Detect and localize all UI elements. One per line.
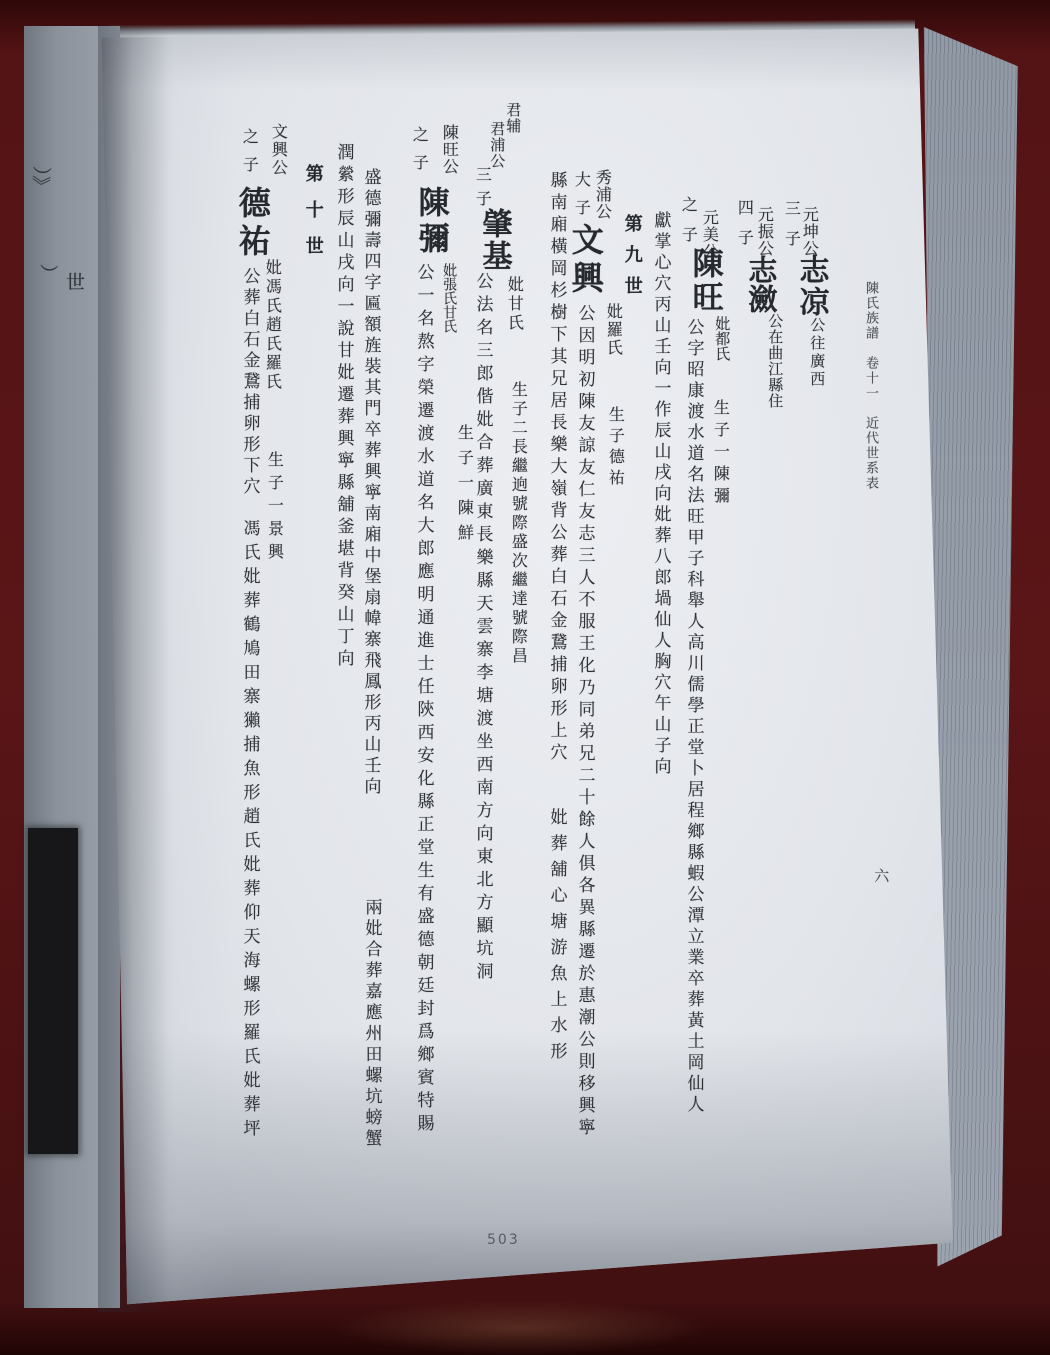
entry-deyou-wives: 妣馮氏趙氏羅氏 (263, 259, 281, 392)
folio-number: 六 (872, 868, 889, 883)
entry-wenxing-name: 文興 (567, 223, 604, 299)
entry-zhaoji-name: 肇基 (476, 208, 511, 272)
entry-zhiliang-note: 公往廣西 (808, 317, 825, 389)
gutter-shadow (98, 26, 168, 1312)
entry-zhaoji-parent-line2: 君浦公 (488, 121, 505, 169)
entry-deyou-name: 德祐 (234, 186, 271, 262)
entry-wenxing-rank: 大子 (572, 171, 590, 227)
entry-chenwang-name: 陳旺 (686, 247, 722, 315)
entry-wenxing-bio-cont2: 妣葬舖心塘游魚上水形 (546, 808, 566, 1068)
entry-chenmi-sons: 生子一陳鮮 (455, 424, 473, 549)
entry-chenmi-wives: 妣張氏甘氏 (441, 263, 457, 333)
entry-zhaoji-bio: 公法名三郎偕妣合葬廣東長樂縣天雲寨李塘渡坐西南方向東北方顯坑洞 (472, 272, 492, 985)
entry-chenwang-sons: 生子一陳彌 (711, 399, 729, 509)
heading-generation-10: 第十世 (302, 164, 323, 272)
entry-chenmi-bio-cont2: 兩妣合葬嘉應州田螺坑螃蟹 (361, 898, 381, 1150)
page-number: 503 (487, 1232, 520, 1248)
entry-chenmi-bio-cont3: 潤縈形辰山戌向一說甘妣遷葬興寧縣舖釜堪背癸山丁向 (333, 143, 353, 671)
heading-generation-9: 第九世 (621, 214, 642, 307)
entry-chenmi-bio-cont: 盛德彌壽四字匾額旌裝其門卒葬興寧南廂中堡扇幃寨飛鳳形丙山壬向 (360, 168, 380, 798)
entry-wenxing-sons: 生子德祐 (606, 406, 624, 490)
entry-chenmi-parent: 陳旺公 (440, 124, 458, 175)
entry-zhaoji-sons: 生子二長繼逈號際盛次繼達號際昌 (509, 381, 527, 666)
entry-chenwang-bio: 公字昭康渡水道名法旺甲子科舉人高川儒學正堂卜居程鄉縣蝦公潭立業卒葬黃土岡仙人 (683, 318, 703, 1116)
entry-zhiliang-rank: 三子 (782, 200, 800, 260)
entry-deyou-sons: 生子一景興 (265, 451, 283, 566)
entry-chenwang-wives: 妣都氏 (713, 316, 730, 361)
entry-chenmi-rank: 之子 (410, 126, 428, 182)
entry-zhilian-note: 公在曲江縣住 (766, 313, 783, 409)
bottom-reflection (330, 1300, 710, 1355)
entry-chenwang-bio-cont: 獻掌心穴丙山壬向一作辰山戌向妣葬八郎堝仙人胸穴午山子向 (650, 211, 670, 778)
entry-wenxing-bio: 公因明初陳友諒友仁友志三人不服王化乃同弟兄二十餘人俱各異縣遷於惠潮公則移興寧 (574, 304, 594, 1140)
entry-wenxing-wives: 妣羅氏 (604, 303, 622, 357)
entry-zhiliang-parent: 元坤公 (800, 206, 818, 257)
entry-deyou-bio: 公葬白石金鵞捕卵形下穴 (239, 267, 259, 498)
entry-chenmi-bio: 公一名熬字榮遷渡水道名大郎應明通進士任陝西安化縣正堂生有盛德朝廷封爲鄉賓特賜 (413, 263, 433, 1137)
entry-deyou-parent: 文興公 (269, 123, 287, 177)
entry-wenxing-parent: 秀浦公 (593, 169, 611, 220)
entry-zhilian-rank: 四子 (735, 199, 753, 259)
verso-dark-image-block (28, 828, 78, 1154)
verso-fragment-bracket: ） (35, 263, 57, 282)
entry-wenxing-bio-cont: 縣南廂橫岡杉樹下其兄居長樂大嶺背公葬白石金鵞捕卵形上穴 (546, 171, 566, 765)
entry-zhaoji-parent-line1: 君辅 (504, 102, 521, 134)
entry-deyou-rank: 之子 (240, 128, 258, 184)
verso-fragment-quote: ）》 (27, 165, 51, 195)
entry-zhilian-name: 志瀲 (744, 255, 777, 313)
running-header: 陳氏族譜 卷十一 近代世系表 (862, 281, 877, 491)
genealogy-page (98, 26, 956, 1312)
entry-zhaoji-wives: 妣甘氏 (505, 276, 523, 333)
entry-chenmi-name: 陳彌 (412, 186, 448, 258)
entry-deyou-bio-cont: 馮氏妣葬鶴鳩田寨獺捕魚形趙氏妣葬仰天海螺形羅氏妣葬坪 (239, 519, 259, 1143)
entry-zhaoji-rank: 三子 (473, 166, 491, 214)
verso-fragment-shi: 世 (62, 272, 84, 291)
entry-zhilian-parent: 元振公 (755, 206, 773, 257)
entry-zhiliang-name: 志凉 (793, 254, 828, 318)
